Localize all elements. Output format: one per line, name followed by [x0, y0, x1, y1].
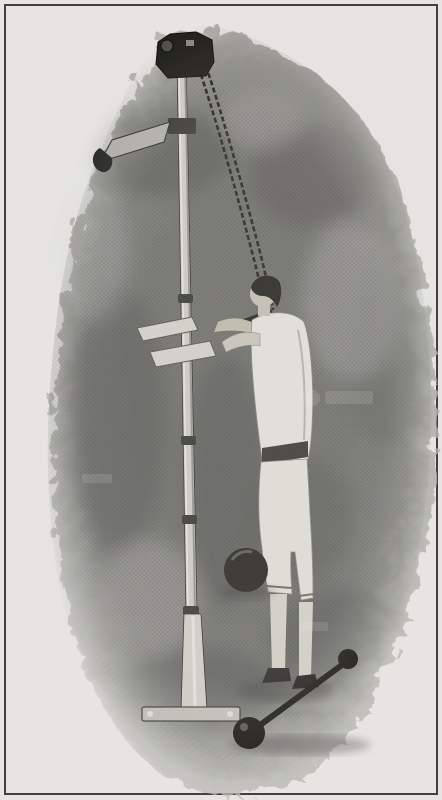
illustration-svg: Antique black-and-white halftone illustr…	[0, 0, 442, 800]
paper-grain	[0, 0, 442, 800]
antique-print-photo: Antique black-and-white halftone illustr…	[0, 0, 442, 800]
